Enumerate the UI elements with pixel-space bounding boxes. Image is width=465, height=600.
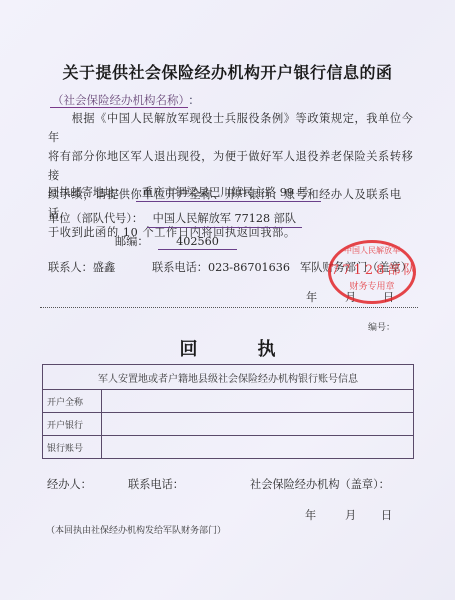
postcode-field: 邮编： 402560 (115, 233, 237, 250)
seal-bottom-text: 财务专用章 (331, 279, 413, 292)
table-row: 银行账号 (43, 436, 414, 459)
seal-number: 77128部队 (331, 259, 413, 278)
receipt-title: 回执 (0, 335, 455, 361)
agency-seal-label: 社会保险经办机构（盖章）： (250, 476, 390, 492)
unit-field: 单位（部队代号）： 中国人民解放军 77128 部队 (48, 210, 302, 228)
cut-line-divider (40, 307, 418, 308)
bank-info-table: 军人安置地或者户籍地县级社会保险经办机构银行账号信息 开户全称 开户银行 银行账… (42, 364, 414, 459)
row-label-bank: 开户银行 (43, 413, 102, 436)
addressee-colon: ： (188, 93, 200, 107)
contact-value: 盛鑫 (93, 261, 115, 274)
addressee-name: （社会保险经办机构名称） (50, 93, 188, 108)
letter-date-year: 年 (306, 289, 317, 305)
row-label-account-number: 银行账号 (43, 436, 102, 459)
account-number-input[interactable] (102, 436, 414, 459)
receipt-footnote: （本回执由社保经办机构发给军队财务部门） (46, 523, 226, 536)
table-header: 军人安置地或者户籍地县级社会保险经办机构银行账号信息 (43, 365, 414, 390)
bank-name-input[interactable] (102, 413, 414, 436)
return-address-value: 重庆市铜梁县巴川镇民主路 99 号 (136, 184, 321, 202)
postcode-label: 邮编： (115, 235, 149, 248)
letter-title: 关于提供社会保险经办机构开户银行信息的函 (0, 60, 455, 83)
phone-label: 联系电话： (152, 261, 208, 274)
contact-field: 联系人：盛鑫 (48, 259, 115, 275)
handler-label: 经办人： (47, 476, 92, 492)
body-line: 根据《中国人民解放军现役士兵服役条例》等政策规定，我单位今年 (48, 109, 416, 147)
seal-top-text: 中国人民解放军 (331, 245, 413, 256)
receipt-phone-label: 联系电话： (128, 476, 184, 492)
table-header-row: 军人安置地或者户籍地县级社会保险经办机构银行账号信息 (43, 365, 414, 390)
row-label-account-name: 开户全称 (43, 390, 102, 413)
unit-value: 中国人民解放军 77128 部队 (147, 210, 302, 228)
receipt-serial-label: 编号： (368, 320, 395, 333)
postcode-value: 402560 (158, 235, 237, 250)
table-row: 开户银行 (43, 413, 414, 436)
return-address-label: 回执邮寄地址： (48, 186, 126, 199)
receipt-date-day: 日 (381, 507, 392, 523)
body-line: 将有部分你地区军人退出现役，为便于做好军人退役养老保险关系转移接 (48, 147, 416, 185)
unit-label: 单位（部队代号）： (48, 212, 143, 225)
letter-page: 关于提供社会保险经办机构开户银行信息的函 （社会保险经办机构名称）： 根据《中国… (0, 0, 455, 600)
return-address-field: 回执邮寄地址： 重庆市铜梁县巴川镇民主路 99 号 (48, 184, 321, 202)
phone-field: 联系电话：023-86701636 (152, 259, 290, 275)
official-seal: 中国人民解放军 77128部队 财务专用章 (328, 240, 416, 304)
contact-label: 联系人： (48, 261, 93, 274)
addressee-line: （社会保险经办机构名称）： (50, 92, 200, 108)
receipt-date-month: 月 (345, 507, 356, 523)
account-name-input[interactable] (102, 390, 414, 413)
table-row: 开户全称 (43, 390, 414, 413)
phone-value: 023-86701636 (208, 261, 290, 274)
receipt-date-year: 年 (305, 507, 316, 523)
